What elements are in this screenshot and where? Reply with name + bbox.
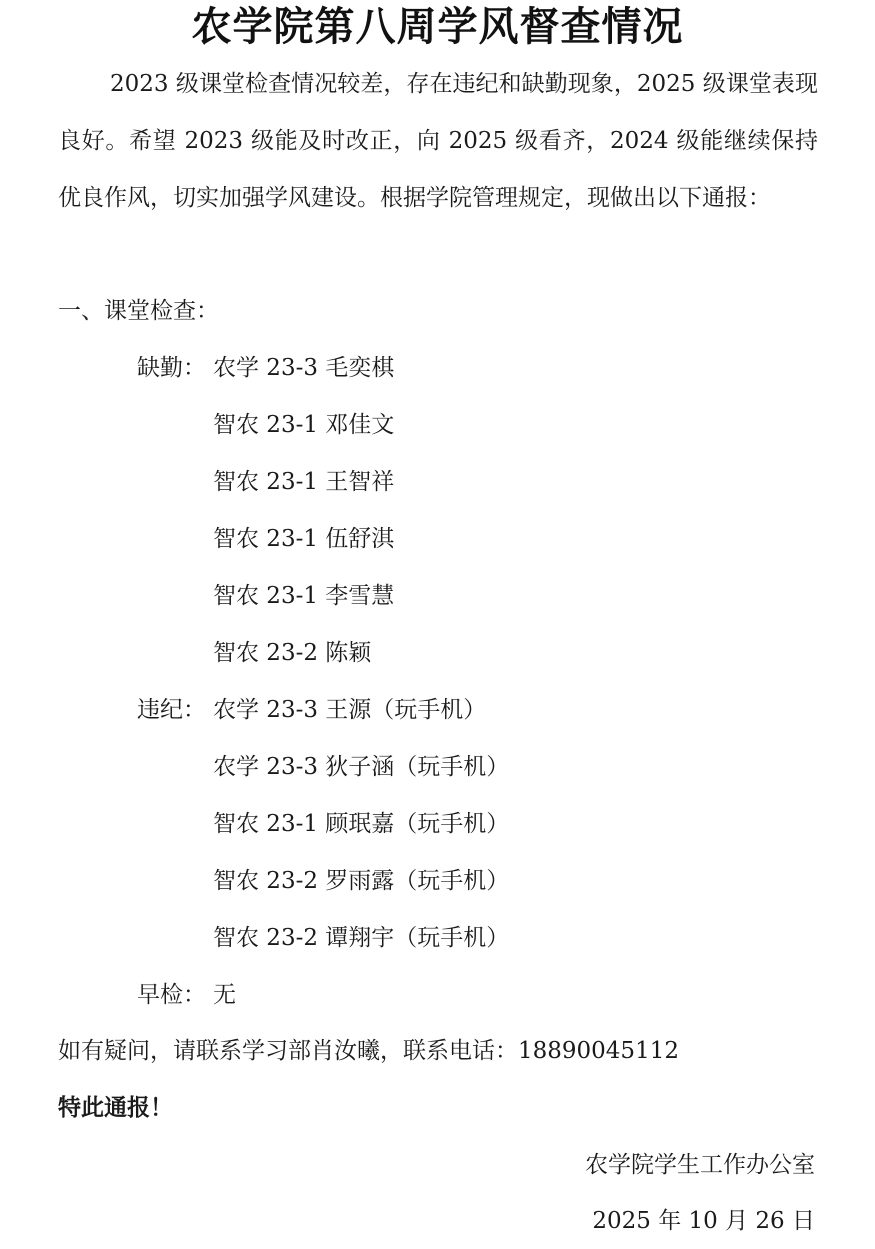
discipline-item: 农学 23-3 狄子涵（玩手机） <box>213 752 509 782</box>
absence-row: 缺勤：农学 23-3 毛奕棋 <box>137 353 394 383</box>
discipline-row: 智农 23-2 谭翔宇（玩手机） <box>137 923 509 953</box>
discipline-item: 智农 23-2 罗雨露（玩手机） <box>213 866 509 896</box>
absence-row: 智农 23-1 邓佳文 <box>137 410 394 440</box>
discipline-item: 智农 23-2 谭翔宇（玩手机） <box>213 923 509 953</box>
discipline-item: 智农 23-1 顾珉嘉（玩手机） <box>213 809 509 839</box>
discipline-row: 农学 23-3 狄子涵（玩手机） <box>137 752 509 782</box>
intro-paragraph: 2023 级课堂检查情况较差，存在违纪和缺勤现象，2025 级课堂表现良好。希望… <box>58 56 818 227</box>
intro-text: 2023 级课堂检查情况较差，存在违纪和缺勤现象，2025 级课堂表现良好。希望… <box>58 71 818 211</box>
morning-check-row: 早检：无 <box>137 980 236 1010</box>
closing-statement: 特此通报！ <box>58 1093 173 1123</box>
absence-item: 智农 23-1 李雪慧 <box>213 581 394 611</box>
absence-item: 智农 23-1 王智祥 <box>213 467 394 497</box>
absence-row: 智农 23-2 陈颖 <box>137 638 371 668</box>
absence-row: 智农 23-1 伍舒淇 <box>137 524 394 554</box>
absence-label: 缺勤： <box>137 353 213 383</box>
morning-check-label: 早检： <box>137 980 213 1010</box>
section-heading-classroom-check: 一、课堂检查： <box>58 296 219 326</box>
absence-item: 智农 23-2 陈颖 <box>213 638 371 668</box>
signature-office: 农学院学生工作办公室 <box>585 1150 815 1180</box>
document-date: 2025 年 10 月 26 日 <box>592 1206 815 1236</box>
absence-row: 智农 23-1 王智祥 <box>137 467 394 497</box>
document-title: 农学院第八周学风督查情况 <box>0 2 875 52</box>
discipline-item: 农学 23-3 王源（玩手机） <box>213 695 486 725</box>
absence-item: 智农 23-1 邓佳文 <box>213 410 394 440</box>
morning-check-value: 无 <box>213 980 236 1010</box>
absence-row: 智农 23-1 李雪慧 <box>137 581 394 611</box>
discipline-label: 违纪： <box>137 695 213 725</box>
contact-info: 如有疑问，请联系学习部肖汝曦，联系电话：18890045112 <box>58 1036 679 1066</box>
discipline-row: 违纪：农学 23-3 王源（玩手机） <box>137 695 486 725</box>
discipline-row: 智农 23-2 罗雨露（玩手机） <box>137 866 509 896</box>
discipline-row: 智农 23-1 顾珉嘉（玩手机） <box>137 809 509 839</box>
absence-item: 农学 23-3 毛奕棋 <box>213 353 394 383</box>
absence-item: 智农 23-1 伍舒淇 <box>213 524 394 554</box>
